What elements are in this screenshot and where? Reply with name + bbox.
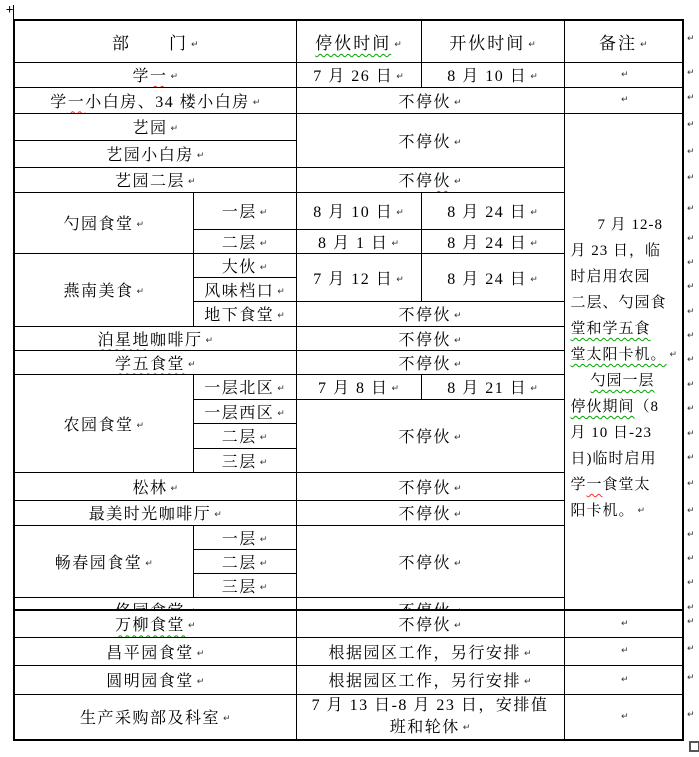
paragraph-mark-icon: ↵ [277, 311, 285, 321]
paragraph-mark-icon: ↵ [260, 583, 268, 593]
paragraph-mark-icon: ↵ [197, 151, 205, 161]
dept-cell: 圆明园食堂↵ [14, 665, 296, 694]
paragraph-mark-icon: ↵ [640, 40, 648, 50]
paragraph-mark-icon: ↵ [197, 649, 205, 659]
dept-name: 一 [68, 94, 86, 111]
paragraph-mark-icon: ↵ [260, 208, 268, 218]
sub-dept-cell: 地下食堂↵ [193, 301, 296, 326]
status-text: 不停伙 [398, 617, 451, 634]
paragraph-mark-icon: ↵ [260, 535, 268, 545]
paragraph-mark-icon: ↵ [454, 510, 462, 520]
table-resize-handle[interactable] [689, 741, 699, 752]
row-end-mark-icon: ↵ [687, 506, 695, 516]
stop-date: 8 月 1 日 [318, 235, 389, 252]
paragraph-mark-icon: ↵ [454, 311, 462, 321]
paragraph-mark-icon: ↵ [454, 138, 462, 148]
remark-empty-cell: ↵ [564, 62, 683, 87]
remark-text: 学 [571, 477, 587, 493]
dining-schedule-table: 部 门↵ 停伙时间↵ 开伙时间↵ 备注↵ 学一↵ 7 月 26 日↵ 8 月 1… [13, 19, 684, 624]
cursor-line [13, 5, 14, 19]
table-row: 生产采购部及科室↵ 7 月 13 日-8 月 23 日，安排值 班和轮休↵ ↵ [14, 694, 683, 740]
remark-empty-cell: ↵ [564, 637, 683, 665]
paragraph-mark-icon: ↵ [260, 263, 268, 273]
sub-dept-cell: 二层↵ [193, 229, 296, 253]
table-row: 昌平园食堂↵ 根据园区工作，另行安排↵ ↵ [14, 637, 683, 665]
paragraph-mark-icon: ↵ [528, 40, 536, 50]
dept-cell: 艺园二层↵ [14, 167, 296, 192]
remark-text: 日)临时启用 [571, 451, 657, 467]
paragraph-mark-icon: ↵ [391, 239, 399, 249]
remark-empty-cell: ↵ [564, 610, 683, 637]
dept-cell: 勺园食堂↵ [14, 192, 193, 253]
remark-text: 7 月 12-8 [598, 217, 664, 233]
remark-text: 堂太阳卡机。 [571, 347, 667, 363]
paragraph-mark-icon: ↵ [214, 510, 222, 520]
dept-name: 最美时光咖啡厅 [89, 506, 212, 523]
remark-text: 时启用农园 [571, 269, 651, 285]
status-text-line: 班和轮休↵ [299, 717, 562, 739]
remark-line: 阳卡机。↵ [571, 498, 681, 524]
status-cell: 不停伙↵ [296, 525, 564, 597]
dept-name: 学 [50, 94, 68, 111]
stop-date-cell: 7 月 26 日↵ [296, 62, 421, 87]
remark-cell: 7 月 12-8 月 23 日，临 时启用农园 二层、勺园食 堂和学五食 堂太阳… [564, 113, 683, 623]
sub-dept-cell: 一层↵ [193, 192, 296, 229]
remark-line: 二层、勺园食 [571, 290, 681, 316]
dept-name: 小白房、34 楼小白房 [85, 94, 250, 111]
paragraph-mark-icon: ↵ [454, 433, 462, 443]
start-date: 8 月 24 日 [447, 235, 527, 252]
remark-line: 7 月 12-8 [571, 212, 681, 238]
paragraph-mark-icon: ↵ [197, 677, 205, 687]
row-end-mark-icon: ↵ [687, 173, 695, 183]
sub-dept-name: 一层 [222, 531, 257, 548]
sub-dept-name: 一层 [222, 204, 257, 221]
remark-empty-cell: ↵ [564, 665, 683, 694]
row-end-mark-icon: ↵ [687, 603, 695, 613]
remark-text: 月 23 日，临 [571, 243, 662, 259]
start-date-cell: 8 月 21 日↵ [421, 374, 564, 399]
header-stop-label: 停伙时间 [315, 34, 391, 53]
header-start-cell: 开伙时间↵ [421, 20, 564, 62]
paragraph-mark-icon: ↵ [530, 208, 538, 218]
paragraph-mark-icon: ↵ [621, 712, 629, 722]
status-text: 7 月 13 日-8 月 23 日，安排值 [312, 697, 549, 714]
status-cell: 不停伙↵ [296, 472, 564, 500]
paragraph-mark-icon: ↵ [621, 95, 629, 105]
row-end-mark-icon: ↵ [687, 355, 695, 365]
remark-text: （8 [635, 399, 660, 415]
paragraph-mark-icon: ↵ [454, 484, 462, 494]
stop-date: 7 月 12 日 [313, 271, 393, 288]
dept-cell: 最美时光咖啡厅↵ [14, 500, 296, 525]
paragraph-mark-icon: ↵ [396, 208, 404, 218]
header-dept-label: 部 门 [112, 34, 188, 53]
remark-line: 停伙期间（8 [571, 394, 681, 420]
stop-date-cell: 8 月 10 日↵ [296, 192, 421, 229]
row-end-mark-icon: ↵ [687, 331, 695, 341]
status-text: 不停伙 [398, 429, 451, 446]
dept-cell: 万柳食堂↵ [14, 610, 296, 637]
dept-name: 勺园食堂 [63, 216, 133, 233]
paragraph-mark-icon: ↵ [253, 98, 261, 108]
sub-dept-name: 一层西区 [204, 405, 274, 422]
sub-dept-name: 地下食堂 [204, 307, 274, 324]
stop-date-cell: 7 月 12 日↵ [296, 253, 421, 301]
status-text: 不停伙 [398, 555, 451, 572]
dept-name: 咖啡厅 [150, 332, 203, 349]
remark-text: 一 [587, 477, 603, 493]
dept-name: 畅春园食堂 [55, 555, 143, 572]
remark-line: 勺园一层 [571, 368, 681, 394]
paragraph-mark-icon: ↵ [454, 621, 462, 631]
paragraph-mark-icon: ↵ [136, 421, 144, 431]
remark-line: 学一食堂太 [571, 472, 681, 498]
dept-name: 昌平园食堂 [106, 645, 194, 662]
sub-dept-name: 大伙 [222, 259, 257, 276]
table-row: 艺园↵ 不停伙↵ 7 月 12-8 月 23 日，临 时启用农园 二层、勺园食 … [14, 113, 683, 140]
sub-dept-name: 二层 [222, 555, 257, 572]
dept-name: 学 [132, 68, 150, 85]
row-end-mark-icon: ↵ [687, 554, 695, 564]
stop-date: 7 月 8 日 [318, 380, 389, 397]
row-end-mark-icon: ↵ [687, 68, 695, 78]
paragraph-mark-icon: ↵ [454, 559, 462, 569]
remark-text: 月 10 日-23 [571, 425, 653, 441]
header-dept-cell: 部 门↵ [14, 20, 296, 62]
paragraph-mark-icon: ↵ [188, 177, 196, 187]
sub-dept-cell: 二层↵ [193, 549, 296, 573]
dept-cell: 燕南美食↵ [14, 253, 193, 326]
paragraph-mark-icon: ↵ [136, 220, 144, 230]
status-text-line: 7 月 13 日-8 月 23 日，安排值 [299, 695, 562, 717]
status-text: 根据园区工作，另行安排 [328, 673, 521, 690]
stop-date: 7 月 26 日 [313, 68, 393, 85]
stop-date-cell: 8 月 1 日↵ [296, 229, 421, 253]
dept-cell: 学五食堂↵ [14, 350, 296, 374]
start-date: 8 月 24 日 [447, 204, 527, 221]
paragraph-mark-icon: ↵ [260, 239, 268, 249]
status-text: 伙 [433, 173, 451, 190]
row-end-mark-icon: ↵ [687, 34, 695, 44]
stop-date: 8 月 10 日 [313, 204, 393, 221]
dept-name: 燕南美食 [63, 283, 133, 300]
paragraph-mark-icon: ↵ [391, 384, 399, 394]
sub-dept-cell: 一层北区↵ [193, 374, 296, 399]
row-end-mark-icon: ↵ [687, 479, 695, 489]
row-end-mark-icon: ↵ [687, 578, 695, 588]
header-row: 部 门↵ 停伙时间↵ 开伙时间↵ 备注↵ [14, 20, 683, 62]
row-end-mark-icon: ↵ [687, 453, 695, 463]
table-row: 学一↵ 7 月 26 日↵ 8 月 10 日↵ ↵ [14, 62, 683, 87]
status-text: 不停伙 [398, 94, 451, 111]
paragraph-mark-icon: ↵ [277, 287, 285, 297]
row-end-mark-icon: ↵ [687, 120, 695, 130]
row-end-mark-icon: ↵ [687, 429, 695, 439]
paragraph-mark-icon: ↵ [530, 72, 538, 82]
dept-name: 万柳食堂 [115, 617, 185, 634]
paragraph-mark-icon: ↵ [170, 72, 178, 82]
remark-line: 堂太阳卡机。↵ [571, 342, 681, 368]
status-cell: 不停伙↵ [296, 500, 564, 525]
table-row: 圆明园食堂↵ 根据园区工作，另行安排↵ ↵ [14, 665, 683, 694]
table-row: 学一小白房、34 楼小白房↵ 不停伙↵ ↵ [14, 87, 683, 113]
paragraph-mark-icon: ↵ [188, 360, 196, 370]
status-text: 不停伙 [398, 480, 451, 497]
paragraph-mark-icon: ↵ [277, 384, 285, 394]
start-date-cell: 8 月 24 日↵ [421, 253, 564, 301]
row-end-mark-icon: ↵ [687, 147, 695, 157]
paragraph-mark-icon: ↵ [277, 409, 285, 419]
paragraph-mark-icon: ↵ [454, 177, 462, 187]
paragraph-mark-icon: ↵ [530, 275, 538, 285]
start-date: 8 月 24 日 [447, 271, 527, 288]
paragraph-mark-icon: ↵ [260, 559, 268, 569]
sub-dept-name: 二层 [222, 429, 257, 446]
paragraph-mark-icon: ↵ [530, 384, 538, 394]
status-text: 不停伙 [398, 356, 451, 373]
dept-name: 艺园小白房 [106, 147, 194, 164]
remark-line: 月 10 日-23 [571, 420, 681, 446]
sub-dept-name: 三层 [222, 454, 257, 471]
status-cell: 7 月 13 日-8 月 23 日，安排值 班和轮休↵ [296, 694, 564, 740]
paragraph-mark-icon: ↵ [621, 646, 629, 656]
paragraph-mark-icon: ↵ [223, 714, 231, 724]
header-stop-cell: 停伙时间↵ [296, 20, 421, 62]
remark-empty-cell: ↵ [564, 694, 683, 740]
paragraph-mark-icon: ↵ [524, 649, 532, 659]
paragraph-mark-icon: ↵ [454, 98, 462, 108]
dept-cell: 昌平园食堂↵ [14, 637, 296, 665]
remark-text: 停伙期间 [571, 399, 635, 415]
dept-cell: 艺园小白房↵ [14, 140, 296, 167]
remark-text: 勺园一层 [591, 373, 655, 389]
remark-line: 月 23 日，临 [571, 238, 681, 264]
paragraph-mark-icon: ↵ [396, 275, 404, 285]
remark-line: 日)临时启用 [571, 446, 681, 472]
row-end-mark-icon: ↵ [687, 93, 695, 103]
header-start-label: 开伙时间 [449, 34, 525, 53]
row-end-mark-icon: ↵ [687, 234, 695, 244]
paragraph-mark-icon: ↵ [394, 40, 402, 50]
dept-cell: 艺园↵ [14, 113, 296, 140]
table-row: 万柳食堂↵ 不停伙↵ ↵ [14, 610, 683, 637]
paragraph-mark-icon: ↵ [621, 675, 629, 685]
dept-cell: 泊星地咖啡厅↵ [14, 326, 296, 350]
status-text: 不停伙 [398, 307, 451, 324]
remark-line: 堂和学五食 [571, 316, 681, 342]
paragraph-mark-icon: ↵ [530, 239, 538, 249]
status-text: 根据园区工作，另行安排 [328, 645, 521, 662]
sub-dept-name: 一层北区 [204, 380, 274, 397]
sub-dept-cell: 大伙↵ [193, 253, 296, 277]
remark-line: 时启用农园 [571, 264, 681, 290]
start-date: 8 月 21 日 [447, 380, 527, 397]
remark-text: 阳卡机。 [571, 503, 635, 519]
remark-text: 堂和学五食 [571, 321, 651, 337]
dept-cell: 生产采购部及科室↵ [14, 694, 296, 740]
dept-cell: 学一↵ [14, 62, 296, 87]
sub-dept-name: 三层 [222, 579, 257, 596]
remark-text: 二层、勺园食 [571, 295, 667, 311]
paragraph-mark-icon: ↵ [524, 677, 532, 687]
row-end-mark-icon: ↵ [687, 673, 695, 683]
dept-name: 生产采购部及科室 [80, 710, 220, 727]
status-cell: 不停伙↵ [296, 87, 564, 113]
header-remark-cell: 备注↵ [564, 20, 683, 62]
sub-dept-name: 二层 [222, 235, 257, 252]
document-page: + 部 门↵ 停伙时间↵ 开伙时间↵ 备注↵ 学一↵ 7 月 26 日↵ 8 月… [0, 0, 699, 757]
sub-dept-cell: 一层↵ [193, 525, 296, 549]
row-end-mark-icon: ↵ [687, 404, 695, 414]
row-end-mark-icon: ↵ [687, 307, 695, 317]
dept-cell: 畅春园食堂↵ [14, 525, 193, 597]
status-cell: 根据园区工作，另行安排↵ [296, 665, 564, 694]
start-date-cell: 8 月 10 日↵ [421, 62, 564, 87]
paragraph-mark-icon: ↵ [170, 124, 178, 134]
dept-name: 艺园 [132, 120, 167, 137]
status-cell: 不停伙↵ [296, 113, 564, 167]
paragraph-mark-icon: ↵ [396, 72, 404, 82]
sub-dept-name: 风味档口 [204, 283, 274, 300]
sub-dept-cell: 风味档口↵ [193, 277, 296, 301]
dept-name: 农园食堂 [63, 417, 133, 434]
start-date-cell: 8 月 24 日↵ [421, 192, 564, 229]
dept-name: 圆明园食堂 [106, 673, 194, 690]
status-cell: 不停伙↵ [296, 610, 564, 637]
paragraph-mark-icon: ↵ [170, 484, 178, 494]
row-end-mark-icon: ↵ [687, 258, 695, 268]
paragraph-mark-icon: ↵ [463, 717, 471, 739]
status-cell: 不停伙↵ [296, 301, 564, 326]
remark-text: 食堂太 [603, 477, 651, 493]
row-end-mark-icon: ↵ [687, 204, 695, 214]
dept-cell: 松林↵ [14, 472, 296, 500]
row-end-mark-icon: ↵ [687, 282, 695, 292]
dept-name: 松林 [132, 480, 167, 497]
status-text: 不停伙 [398, 134, 451, 151]
dept-cell: 农园食堂↵ [14, 374, 193, 472]
paragraph-mark-icon: ↵ [454, 360, 462, 370]
status-cell: 根据园区工作，另行安排↵ [296, 637, 564, 665]
row-end-mark-icon: ↵ [687, 530, 695, 540]
dept-name: 泊星地 [97, 332, 150, 349]
status-text: 班和轮休 [390, 719, 460, 736]
sub-dept-cell: 一层西区↵ [193, 399, 296, 423]
row-end-mark-icon: ↵ [687, 380, 695, 390]
paragraph-mark-icon: ↵ [621, 70, 629, 80]
status-cell: 不停伙↵ [296, 326, 564, 350]
paragraph-mark-icon: ↵ [205, 336, 213, 346]
paragraph-mark-icon: ↵ [670, 342, 678, 368]
paragraph-mark-icon: ↵ [136, 287, 144, 297]
row-end-mark-icon: ↵ [687, 644, 695, 654]
sub-dept-cell: 三层↵ [193, 573, 296, 597]
paragraph-mark-icon: ↵ [191, 40, 199, 50]
dept-name: 艺园二层 [115, 173, 185, 190]
paragraph-mark-icon: ↵ [145, 559, 153, 569]
status-cell: 不停伙↵ [296, 399, 564, 472]
paragraph-mark-icon: ↵ [260, 458, 268, 468]
sub-dept-cell: 二层↵ [193, 423, 296, 448]
status-text: 不停伙 [398, 332, 451, 349]
status-cell: 不停伙↵ [296, 167, 564, 192]
campus-schedule-table: 万柳食堂↵ 不停伙↵ ↵ 昌平园食堂↵ 根据园区工作，另行安排↵ ↵ 圆明园食堂… [13, 609, 684, 741]
row-end-mark-icon: ↵ [687, 617, 695, 627]
row-end-mark-icon: ↵ [687, 710, 695, 720]
status-cell: 不停伙↵ [296, 350, 564, 374]
dept-name: 一 [150, 68, 168, 85]
header-remark-label: 备注 [599, 34, 637, 53]
start-date-cell: 8 月 24 日↵ [421, 229, 564, 253]
paragraph-mark-icon: ↵ [454, 336, 462, 346]
status-text: 不停伙 [398, 506, 451, 523]
start-date: 8 月 10 日 [447, 68, 527, 85]
remark-empty-cell: ↵ [564, 87, 683, 113]
dept-cell: 学一小白房、34 楼小白房↵ [14, 87, 296, 113]
dept-name: 学五食堂 [115, 356, 185, 373]
status-text: 不停 [398, 173, 433, 190]
sub-dept-cell: 三层↵ [193, 448, 296, 472]
paragraph-mark-icon: ↵ [260, 433, 268, 443]
stop-date-cell: 7 月 8 日↵ [296, 374, 421, 399]
paragraph-mark-icon: ↵ [638, 498, 646, 524]
paragraph-mark-icon: ↵ [188, 621, 196, 631]
paragraph-mark-icon: ↵ [621, 619, 629, 629]
